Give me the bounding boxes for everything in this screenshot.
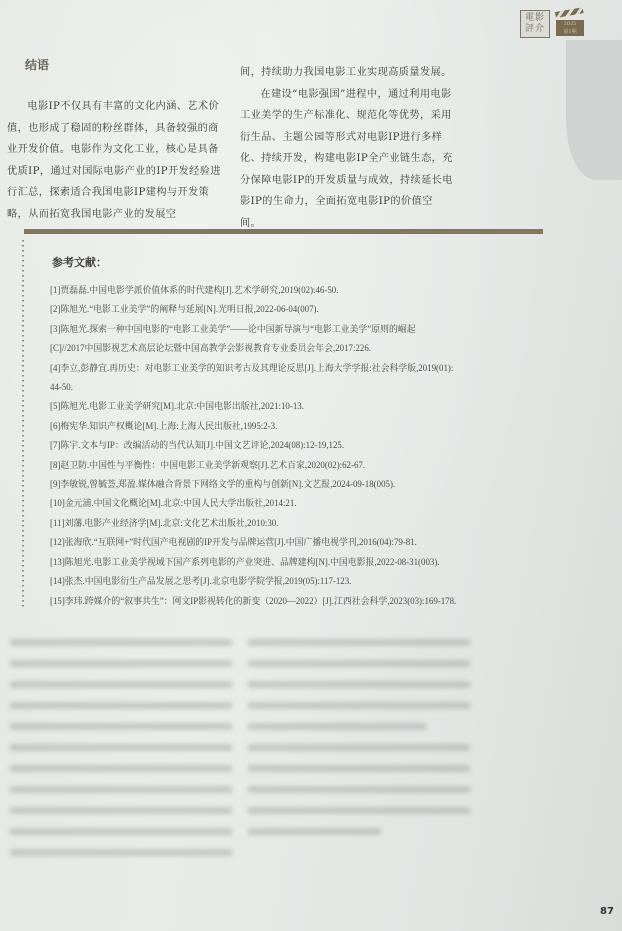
conclusion-right-column: 间，持续助力我国电影工业实现高质量发展。 在建设“电影强国”进程中，通过利用电影… — [240, 62, 453, 234]
reference-item: [14]张杰.中国电影衍生产品发展之思考[J].北京电影学院学报,2019(05… — [50, 572, 550, 591]
clapper-issue: 第1期 — [556, 28, 584, 36]
page-number: 87 — [600, 906, 614, 917]
journal-logo: 電影 評介 2025 第1期 — [520, 10, 584, 38]
reference-item: [8]赵卫防.中国性与平衡性：中国电影工业美学新观察[J].艺术百家,2020(… — [50, 456, 550, 475]
bleed-through-left-column — [10, 625, 232, 870]
reference-item: [10]金元浦.中国文化概论[M].北京:中国人民大学出版社,2014:21. — [50, 494, 550, 513]
logo-line-2: 評介 — [521, 24, 549, 35]
reference-item: [3]陈旭光.探索一种中国电影的“电影工业美学”——论中国新导演与“电影工业美学… — [50, 320, 550, 339]
references-list: [1]贾磊磊.中国电影学派价值体系的时代建构[J].艺术学研究,2019(02)… — [50, 281, 550, 611]
dotted-margin-rule — [22, 240, 24, 610]
reference-item: [6]梅宪华.知识产权概论[M].上海:上海人民出版社,1995:2-3. — [50, 417, 550, 436]
reference-item: [12]张海欣.“互联网+”时代国产电视剧的IP开发与品牌运营[J].中国广播电… — [50, 533, 550, 552]
conclusion-paragraph-1-continued: 间，持续助力我国电影工业实现高质量发展。 — [240, 62, 453, 84]
reference-item: [9]李敏锐,曾毓荟,郑盈.媒体融合背景下网络文学的重构与创新[N].文艺报,2… — [50, 475, 550, 494]
section-divider-bar — [24, 229, 543, 234]
conclusion-left-column: 电影IP不仅具有丰富的文化内涵、艺术价值，也形成了稳固的粉丝群体，具备较强的商业… — [7, 96, 225, 225]
reference-item: [11]刘藩.电影产业经济学[M].北京:文化艺术出版社,2010:30. — [50, 514, 550, 533]
reference-item-continued: 44-50. — [50, 378, 550, 397]
bleed-through-text — [10, 625, 550, 895]
logo-line-1: 電影 — [521, 13, 549, 24]
references-heading: 参考文献： — [52, 254, 107, 270]
conclusion-paragraph-2: 在建设“电影强国”进程中，通过利用电影工业美学的生产标准化、规范化等优势，采用衍… — [240, 84, 453, 235]
reference-item: [15]李玮.跨媒介的“叙事共生”：网文IP影视转化的新变（2020—2022）… — [50, 592, 550, 611]
reference-item: [4]李立,彭静宜.再历史：对电影工业美学的知识考古及其理论反思[J].上海大学… — [50, 359, 550, 378]
bleed-through-right-column — [248, 625, 470, 849]
clapper-year: 2025 — [556, 20, 584, 28]
facing-page-edge — [566, 40, 622, 180]
reference-item: [7]陈宇.文本与IP：改编活动的当代认知[J].中国文艺评论,2024(08)… — [50, 436, 550, 455]
reference-item: [13]陈旭光.电影工业美学视域下国产系列电影的产业突进、品牌建构[N].中国电… — [50, 553, 550, 572]
reference-item: [5]陈旭光.电影工业美学研究[M].北京:中国电影出版社,2021:10-13… — [50, 397, 550, 416]
journal-logo-text: 電影 評介 — [520, 10, 550, 38]
clapperboard-icon: 2025 第1期 — [556, 12, 584, 36]
reference-item-continued: [C]//2017中国影视艺术高层论坛暨中国高教学会影视教育专业委员会年会,20… — [50, 339, 550, 358]
reference-item: [2]陈旭光.“电影工业美学”的阐释与延展[N].光明日报,2022-06-04… — [50, 300, 550, 319]
clapper-body: 2025 第1期 — [556, 20, 584, 36]
clapper-stick — [555, 7, 584, 18]
conclusion-heading: 结语 — [25, 56, 49, 73]
conclusion-paragraph-1: 电影IP不仅具有丰富的文化内涵、艺术价值，也形成了稳固的粉丝群体，具备较强的商业… — [7, 96, 225, 225]
reference-item: [1]贾磊磊.中国电影学派价值体系的时代建构[J].艺术学研究,2019(02)… — [50, 281, 550, 300]
